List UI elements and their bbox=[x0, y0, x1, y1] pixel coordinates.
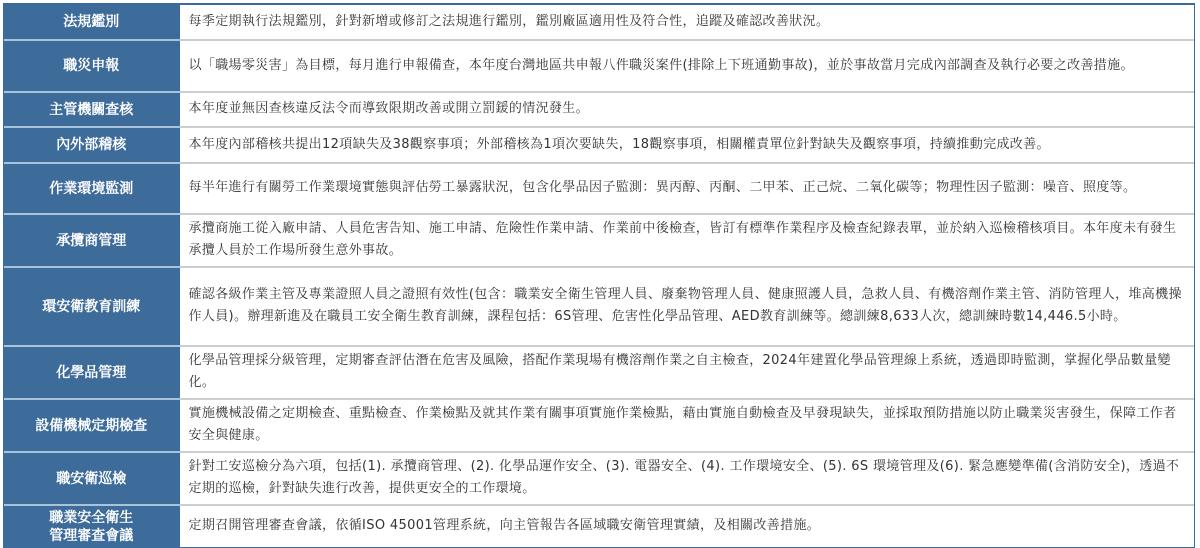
row-header-regulation-identification: 法規鑑別 bbox=[4, 5, 179, 40]
row-description: 確認各級作業主管及專業證照人員之證照有效性(包含：職業安全衛生管理人員、廢棄物管… bbox=[179, 267, 1194, 346]
row-header-label: 職災申報 bbox=[4, 57, 179, 75]
row-description: 定期召開管理審查會議，依循ISO 45001管理系統，向主管報告各區域職安衛管理… bbox=[179, 505, 1194, 544]
row-header-label: 作業環境監測 bbox=[4, 180, 179, 198]
ohs-table: 法規鑑別 每季定期執行法規鑑別，針對新增或修訂之法規進行鑑別，鑑別廠區適用性及符… bbox=[4, 5, 1194, 544]
row-header-authority-inspection: 主管機關查核 bbox=[4, 92, 179, 127]
table-row: 法規鑑別 每季定期執行法規鑑別，針對新增或修訂之法規進行鑑別，鑑別廠區適用性及符… bbox=[4, 5, 1194, 40]
row-header-label: 內外部稽核 bbox=[4, 136, 179, 154]
row-header-internal-external-audit: 內外部稽核 bbox=[4, 127, 179, 163]
row-description: 以「職場零災害」為目標，每月進行申報備查，本年度台灣地區共申報八件職災案件(排除… bbox=[179, 40, 1194, 92]
table-row: 職業安全衛生 管理審查會議 定期召開管理審查會議，依循ISO 45001管理系統… bbox=[4, 505, 1194, 544]
table-row: 作業環境監測 每半年進行有關勞工作業環境實態與評估勞工暴露狀況，包含化學品因子監… bbox=[4, 163, 1194, 214]
row-description: 每季定期執行法規鑑別，針對新增或修訂之法規進行鑑別，鑑別廠區適用性及符合性，追蹤… bbox=[179, 5, 1194, 40]
row-header-occupational-injury-reporting: 職災申報 bbox=[4, 40, 179, 92]
table-row: 設備機械定期檢查 實施機械設備之定期檢查、重點檢查、作業檢點及就其作業有關事項實… bbox=[4, 399, 1194, 452]
row-header-chemical-management: 化學品管理 bbox=[4, 346, 179, 399]
table-row: 內外部稽核 本年度內部稽核共提出12項缺失及38觀察事項；外部稽核為1項次要缺失… bbox=[4, 127, 1194, 163]
row-header-label-line-2: 管理審查會議 bbox=[4, 527, 179, 545]
row-header-label: 化學品管理 bbox=[4, 364, 179, 382]
table-row: 承攬商管理 承攬商施工從入廠申請、人員危害告知、施工申請、危險性作業申請、作業前… bbox=[4, 214, 1194, 267]
row-header-label: 環安衛教育訓練 bbox=[4, 298, 179, 316]
row-header-label: 職安衛巡檢 bbox=[4, 470, 179, 488]
table-row: 職安衛巡檢 針對工安巡檢分為六項，包括(1). 承攬商管理、(2). 化學品運作… bbox=[4, 452, 1194, 505]
row-header-contractor-management: 承攬商管理 bbox=[4, 214, 179, 267]
row-header-label: 法規鑑別 bbox=[4, 13, 179, 31]
row-description: 化學品管理採分級管理，定期審查評估潛在危害及風險，搭配作業現場有機溶劑作業之自主… bbox=[179, 346, 1194, 399]
row-header-label-line-1: 職業安全衛生 bbox=[4, 509, 179, 527]
row-description: 實施機械設備之定期檢查、重點檢查、作業檢點及就其作業有關事項實施作業檢點，藉由實… bbox=[179, 399, 1194, 452]
row-description: 承攬商施工從入廠申請、人員危害告知、施工申請、危險性作業申請、作業前中後檢查，皆… bbox=[179, 214, 1194, 267]
row-header-equipment-periodic-inspection: 設備機械定期檢查 bbox=[4, 399, 179, 452]
table-row: 職災申報 以「職場零災害」為目標，每月進行申報備查，本年度台灣地區共申報八件職災… bbox=[4, 40, 1194, 92]
table-row: 化學品管理 化學品管理採分級管理，定期審查評估潛在危害及風險，搭配作業現場有機溶… bbox=[4, 346, 1194, 399]
row-header-ehs-training: 環安衛教育訓練 bbox=[4, 267, 179, 346]
row-header-work-environment-monitoring: 作業環境監測 bbox=[4, 163, 179, 214]
row-description: 本年度內部稽核共提出12項缺失及38觀察事項；外部稽核為1項次要缺失，18觀察事… bbox=[179, 127, 1194, 163]
row-header-label: 設備機械定期檢查 bbox=[4, 417, 179, 435]
ohs-management-table: 法規鑑別 每季定期執行法規鑑別，針對新增或修訂之法規進行鑑別，鑑別廠區適用性及符… bbox=[3, 3, 1195, 544]
row-description: 每半年進行有關勞工作業環境實態與評估勞工暴露狀況，包含化學品因子監測：異丙醇、丙… bbox=[179, 163, 1194, 214]
table-row: 環安衛教育訓練 確認各級作業主管及專業證照人員之證照有效性(包含：職業安全衛生管… bbox=[4, 267, 1194, 346]
row-header-ohs-patrol: 職安衛巡檢 bbox=[4, 452, 179, 505]
row-description: 本年度並無因查核違反法令而導致限期改善或開立罰鍰的情況發生。 bbox=[179, 92, 1194, 127]
row-description: 針對工安巡檢分為六項，包括(1). 承攬商管理、(2). 化學品運作安全、(3)… bbox=[179, 452, 1194, 505]
row-header-label: 主管機關查核 bbox=[4, 101, 179, 119]
row-header-ohs-management-review-meeting: 職業安全衛生 管理審查會議 bbox=[4, 505, 179, 544]
table-row: 主管機關查核 本年度並無因查核違反法令而導致限期改善或開立罰鍰的情況發生。 bbox=[4, 92, 1194, 127]
row-header-label: 承攬商管理 bbox=[4, 232, 179, 250]
